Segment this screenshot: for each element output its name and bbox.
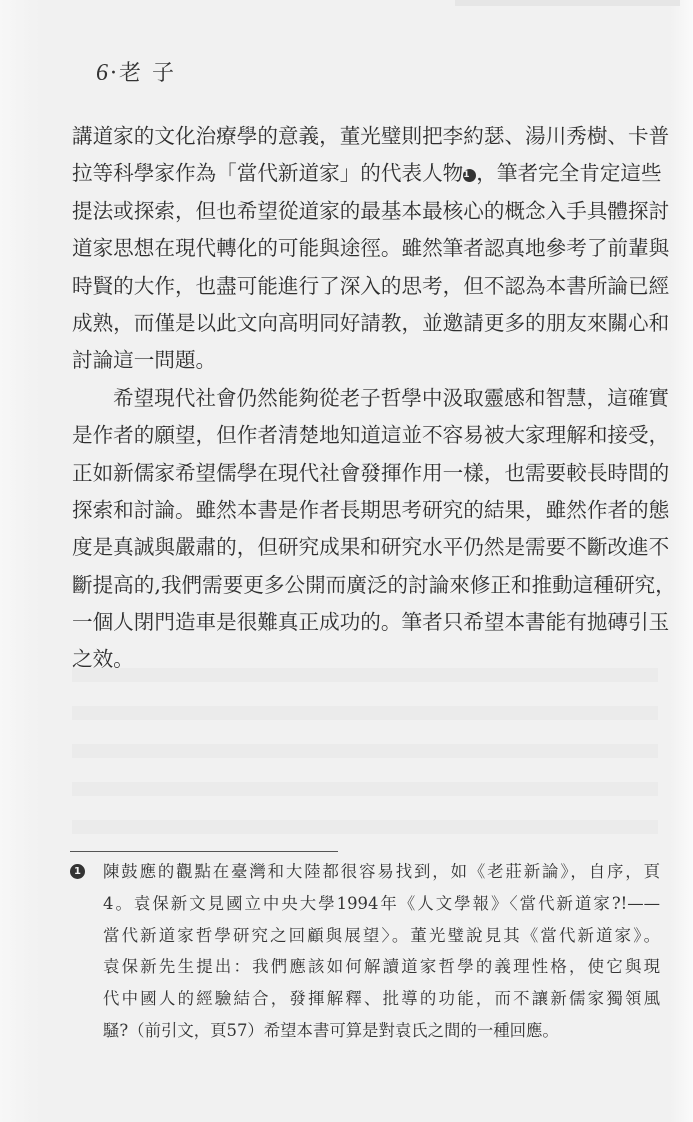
- text-line: 是作者的願望，但作者清楚地知道這並不容易被大家理解和接受，: [72, 417, 660, 454]
- bleed-through: [72, 706, 658, 720]
- footnote-line: 4。袁保新文見國立中央大學1994年《人文學報》〈當代新道家?!——: [103, 888, 660, 920]
- bleed-through: [72, 744, 658, 758]
- paragraph-1: 講道家的文化治療學的意義，董光璧則把李約瑟、湯川秀樹、卡普 拉等科學家作為「當代…: [72, 118, 660, 380]
- footnote-line: 陳鼓應的觀點在臺灣和大陸都很容易找到，如《老莊新論》，自序，頁: [103, 856, 660, 888]
- paragraph-2: 希望現代社會仍然能夠從老子哲學中汲取靈感和智慧，這確實 是作者的願望，但作者清楚…: [72, 380, 660, 679]
- text-line: 提法或探索，但也希望從道家的最基本最核心的概念入手具體探討: [72, 193, 660, 230]
- bleed-through: [72, 668, 658, 682]
- body-text: 講道家的文化治療學的意義，董光璧則把李約瑟、湯川秀樹、卡普 拉等科學家作為「當代…: [72, 118, 660, 679]
- text-line: 討論這一問題。: [72, 342, 660, 379]
- scan-edge-band: [455, 0, 680, 6]
- footnote-line: 當代新道家哲學研究之回顧與展望〉。董光璧說見其《當代新道家》。: [103, 920, 660, 952]
- text-line: 時賢的大作，也盡可能進行了深入的思考，但不認為本書所論已經: [72, 268, 660, 305]
- text-fragment: ，筆者完全肯定這些: [476, 161, 661, 185]
- head-separator: ·: [110, 61, 119, 86]
- text-line: 拉等科學家作為「當代新道家」的代表人物1，筆者完全肯定這些: [72, 155, 660, 192]
- text-line: 斷提高的,我們需要更多公開而廣泛的討論來修正和推動這種研究，: [72, 567, 660, 604]
- text-line: 正如新儒家希望儒學在現代社會發揮作用一樣，也需要較長時間的: [72, 455, 660, 492]
- footnote-line: 袁保新先生提出：我們應該如何解讀道家哲學的義理性格，使它與現: [103, 951, 660, 983]
- page-number: 6: [96, 60, 110, 86]
- footnote-marker-icon: 1: [70, 864, 85, 879]
- text-fragment: 拉等科學家作為「當代新道家」的代表人物: [72, 161, 463, 185]
- running-head: 6·老 子: [96, 56, 176, 87]
- footnote-rule: [70, 851, 338, 852]
- bleed-through: [72, 820, 658, 834]
- footnote-text: 陳鼓應的觀點在臺灣和大陸都很容易找到，如《老莊新論》，自序，頁 4。袁保新文見國…: [103, 856, 660, 1047]
- text-line: 成熟，而僅是以此文向高明同好請教，並邀請更多的朋友來關心和: [72, 305, 660, 342]
- text-line: 道家思想在現代轉化的可能與途徑。雖然筆者認真地參考了前輩與: [72, 230, 660, 267]
- footnote-line: 騷?（前引文，頁57）希望本書可算是對袁氏之間的一種回應。: [103, 1015, 660, 1047]
- text-line: 探索和討論。雖然本書是作者長期思考研究的結果，雖然作者的態: [72, 492, 660, 529]
- text-line: 度是真誠與嚴肅的，但研究成果和研究水平仍然是需要不斷改進不: [72, 529, 660, 566]
- footnote-ref-marker[interactable]: 1: [463, 169, 476, 182]
- bleed-through: [72, 782, 658, 796]
- footnote: 1 陳鼓應的觀點在臺灣和大陸都很容易找到，如《老莊新論》，自序，頁 4。袁保新文…: [70, 856, 660, 1047]
- text-line: 講道家的文化治療學的意義，董光璧則把李約瑟、湯川秀樹、卡普: [72, 118, 660, 155]
- text-line: 一個人閉門造車是很難真正成功的。筆者只希望本書能有拋磚引玉: [72, 604, 660, 641]
- book-title: 老 子: [119, 61, 176, 86]
- book-page: 6·老 子 講道家的文化治療學的意義，董光璧則把李約瑟、湯川秀樹、卡普 拉等科學…: [0, 0, 693, 1122]
- text-line: 希望現代社會仍然能夠從老子哲學中汲取靈感和智慧，這確實: [72, 380, 660, 417]
- footnote-line: 代中國人的經驗結合，發揮解釋、批導的功能，而不讓新儒家獨領風: [103, 983, 660, 1015]
